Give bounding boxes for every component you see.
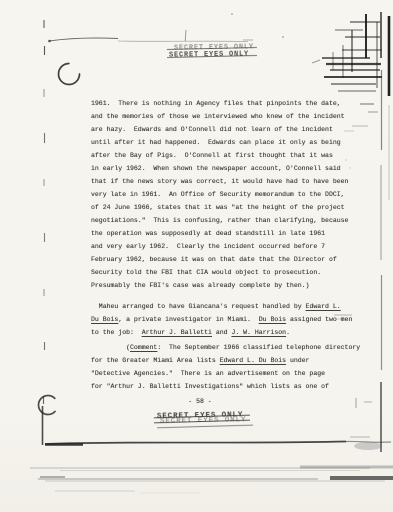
underlined-name: J. W. Harrison [231,329,286,336]
text-segment: February 1962, because it was on that da… [91,256,337,263]
text-segment: in early 1962. When shown the newspaper … [91,165,341,172]
text-segment: for the Greater Miami Area lists [91,357,220,364]
text-line: of 24 June 1966, states that it was "at … [91,201,357,214]
underlined-name: Comment [130,344,157,351]
text-segment: 1961. There is nothing in Agency files t… [91,100,341,107]
text-line: to the job: Arthur J. Balletti and J. W.… [91,326,357,339]
text-segment: and [212,329,232,336]
underlined-name: Edward L. Du Bois [220,357,286,364]
text-line: are hazy. Edwards and O'Connell did not … [91,123,357,136]
text-segment: ( [91,344,130,351]
text-segment: Presumably the FBI's case was already co… [91,282,309,289]
scanned-document-page: SECRET EYES ONLY SECRET EYES ONLY 1961. … [0,0,393,512]
text-line: the operation was supposedly at dead sta… [91,227,357,240]
text-segment: : The September 1966 classified telephon… [157,344,360,351]
text-segment: to the job: [91,329,142,336]
underlined-name: Du Bois [91,316,118,323]
text-line: (Comment: The September 1966 classified … [91,341,357,354]
page-number: - 58 - [92,398,308,405]
text-segment: . [286,329,290,336]
text-line: February 1962, because it was on that da… [91,253,357,266]
underlined-name: Du Bois [259,316,286,323]
text-segment: "Detective Agencies." There is an advert… [91,370,325,377]
text-line: and very early 1962. Clearly the inciden… [91,240,357,253]
text-line: after the Bay of Pigs. O'Connell at firs… [91,149,357,162]
paragraph: 1961. There is nothing in Agency files t… [91,97,357,292]
text-segment: are hazy. Edwards and O'Connell did not … [91,126,333,133]
paragraph: Maheu arranged to have Giancana's reques… [91,300,357,339]
underlined-name: Edward L. [306,303,341,310]
text-segment: , a private investigator in Miami. [118,316,258,323]
text-segment: that if the news story was correct, it w… [91,178,348,185]
text-line: 1961. There is nothing in Agency files t… [91,97,357,110]
top-pen-lines [48,13,284,42]
text-line: "Detective Agencies." There is an advert… [91,367,357,380]
stamp-main-impression: SECRET EYES ONLY [169,50,249,59]
text-segment: negotiations." This is confusing, rather… [91,217,348,224]
classification-stamp-bottom: SECRET EYES ONLY SECRET EYES ONLY [157,411,247,433]
text-segment: very late in 1961. An Office of Security… [91,191,345,198]
text-line: that if the news story was correct, it w… [91,175,357,188]
text-segment: for "Arthur J. Balletti Investigations" … [91,383,329,390]
text-line: in early 1962. When shown the newspaper … [91,162,357,175]
text-segment: after the Bay of Pigs. O'Connell at firs… [91,152,333,159]
paragraph: (Comment: The September 1966 classified … [91,341,357,393]
text-line: very late in 1961. An Office of Security… [91,188,357,201]
text-line: negotiations." This is confusing, rather… [91,214,357,227]
left-edge-marks [43,20,45,445]
text-line: Security told the FBI that CIA would obj… [91,266,357,279]
text-segment: Security told the FBI that CIA would obj… [91,269,321,276]
classification-stamp-top: SECRET EYES ONLY SECRET EYES ONLY [169,43,253,66]
text-line: until after it had happened. Edwards can… [91,136,357,149]
text-line: Maheu arranged to have Giancana's reques… [91,300,357,313]
text-line: for the Greater Miami Area lists Edward … [91,354,357,367]
scanner-smudge-bands [30,467,393,493]
text-segment: and the memories of those we interviewed… [91,113,345,120]
text-segment: under [286,357,309,364]
stamp-main-impression: SECRET EYES ONLY [157,411,244,421]
text-line: for "Arthur J. Balletti Investigations" … [91,380,357,393]
page-bottom-edge [45,437,391,450]
text-segment: assigned two men [286,316,352,323]
text-segment: until after it had happened. Edwards can… [91,139,341,146]
text-line: and the memories of those we interviewed… [91,110,357,123]
text-line: Presumably the FBI's case was already co… [91,279,357,292]
text-segment: of 24 June 1966, states that it was "at … [91,204,345,211]
underlined-name: Arthur J. Balletti [142,329,212,336]
text-segment: Maheu arranged to have Giancana's reques… [91,303,306,310]
text-segment: and very early 1962. Clearly the inciden… [91,243,325,250]
document-body: 1961. There is nothing in Agency files t… [91,97,357,393]
text-segment: the operation was supposedly at dead sta… [91,230,325,237]
text-line: Du Bois, a private investigator in Miami… [91,313,357,326]
